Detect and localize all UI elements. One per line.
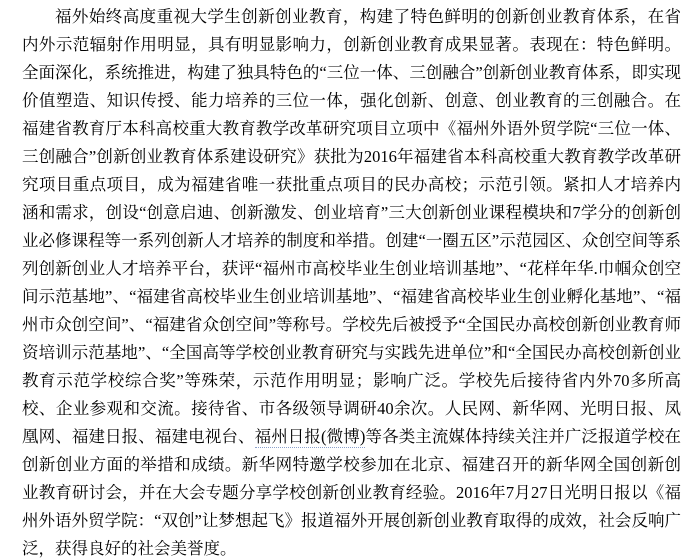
document-page: 福外始终高度重视大学生创新创业教育，构建了特色鲜明的创新创业教育体系，在省内外示… (0, 0, 697, 560)
grammar-underlined-text: 福州日报(微博) (255, 427, 366, 448)
paragraph: 福外始终高度重视大学生创新创业教育，构建了特色鲜明的创新创业教育体系，在省内外示… (22, 3, 681, 560)
paragraph-text-before: 福外始终高度重视大学生创新创业教育，构建了特色鲜明的创新创业教育体系，在省内外示… (22, 7, 681, 446)
